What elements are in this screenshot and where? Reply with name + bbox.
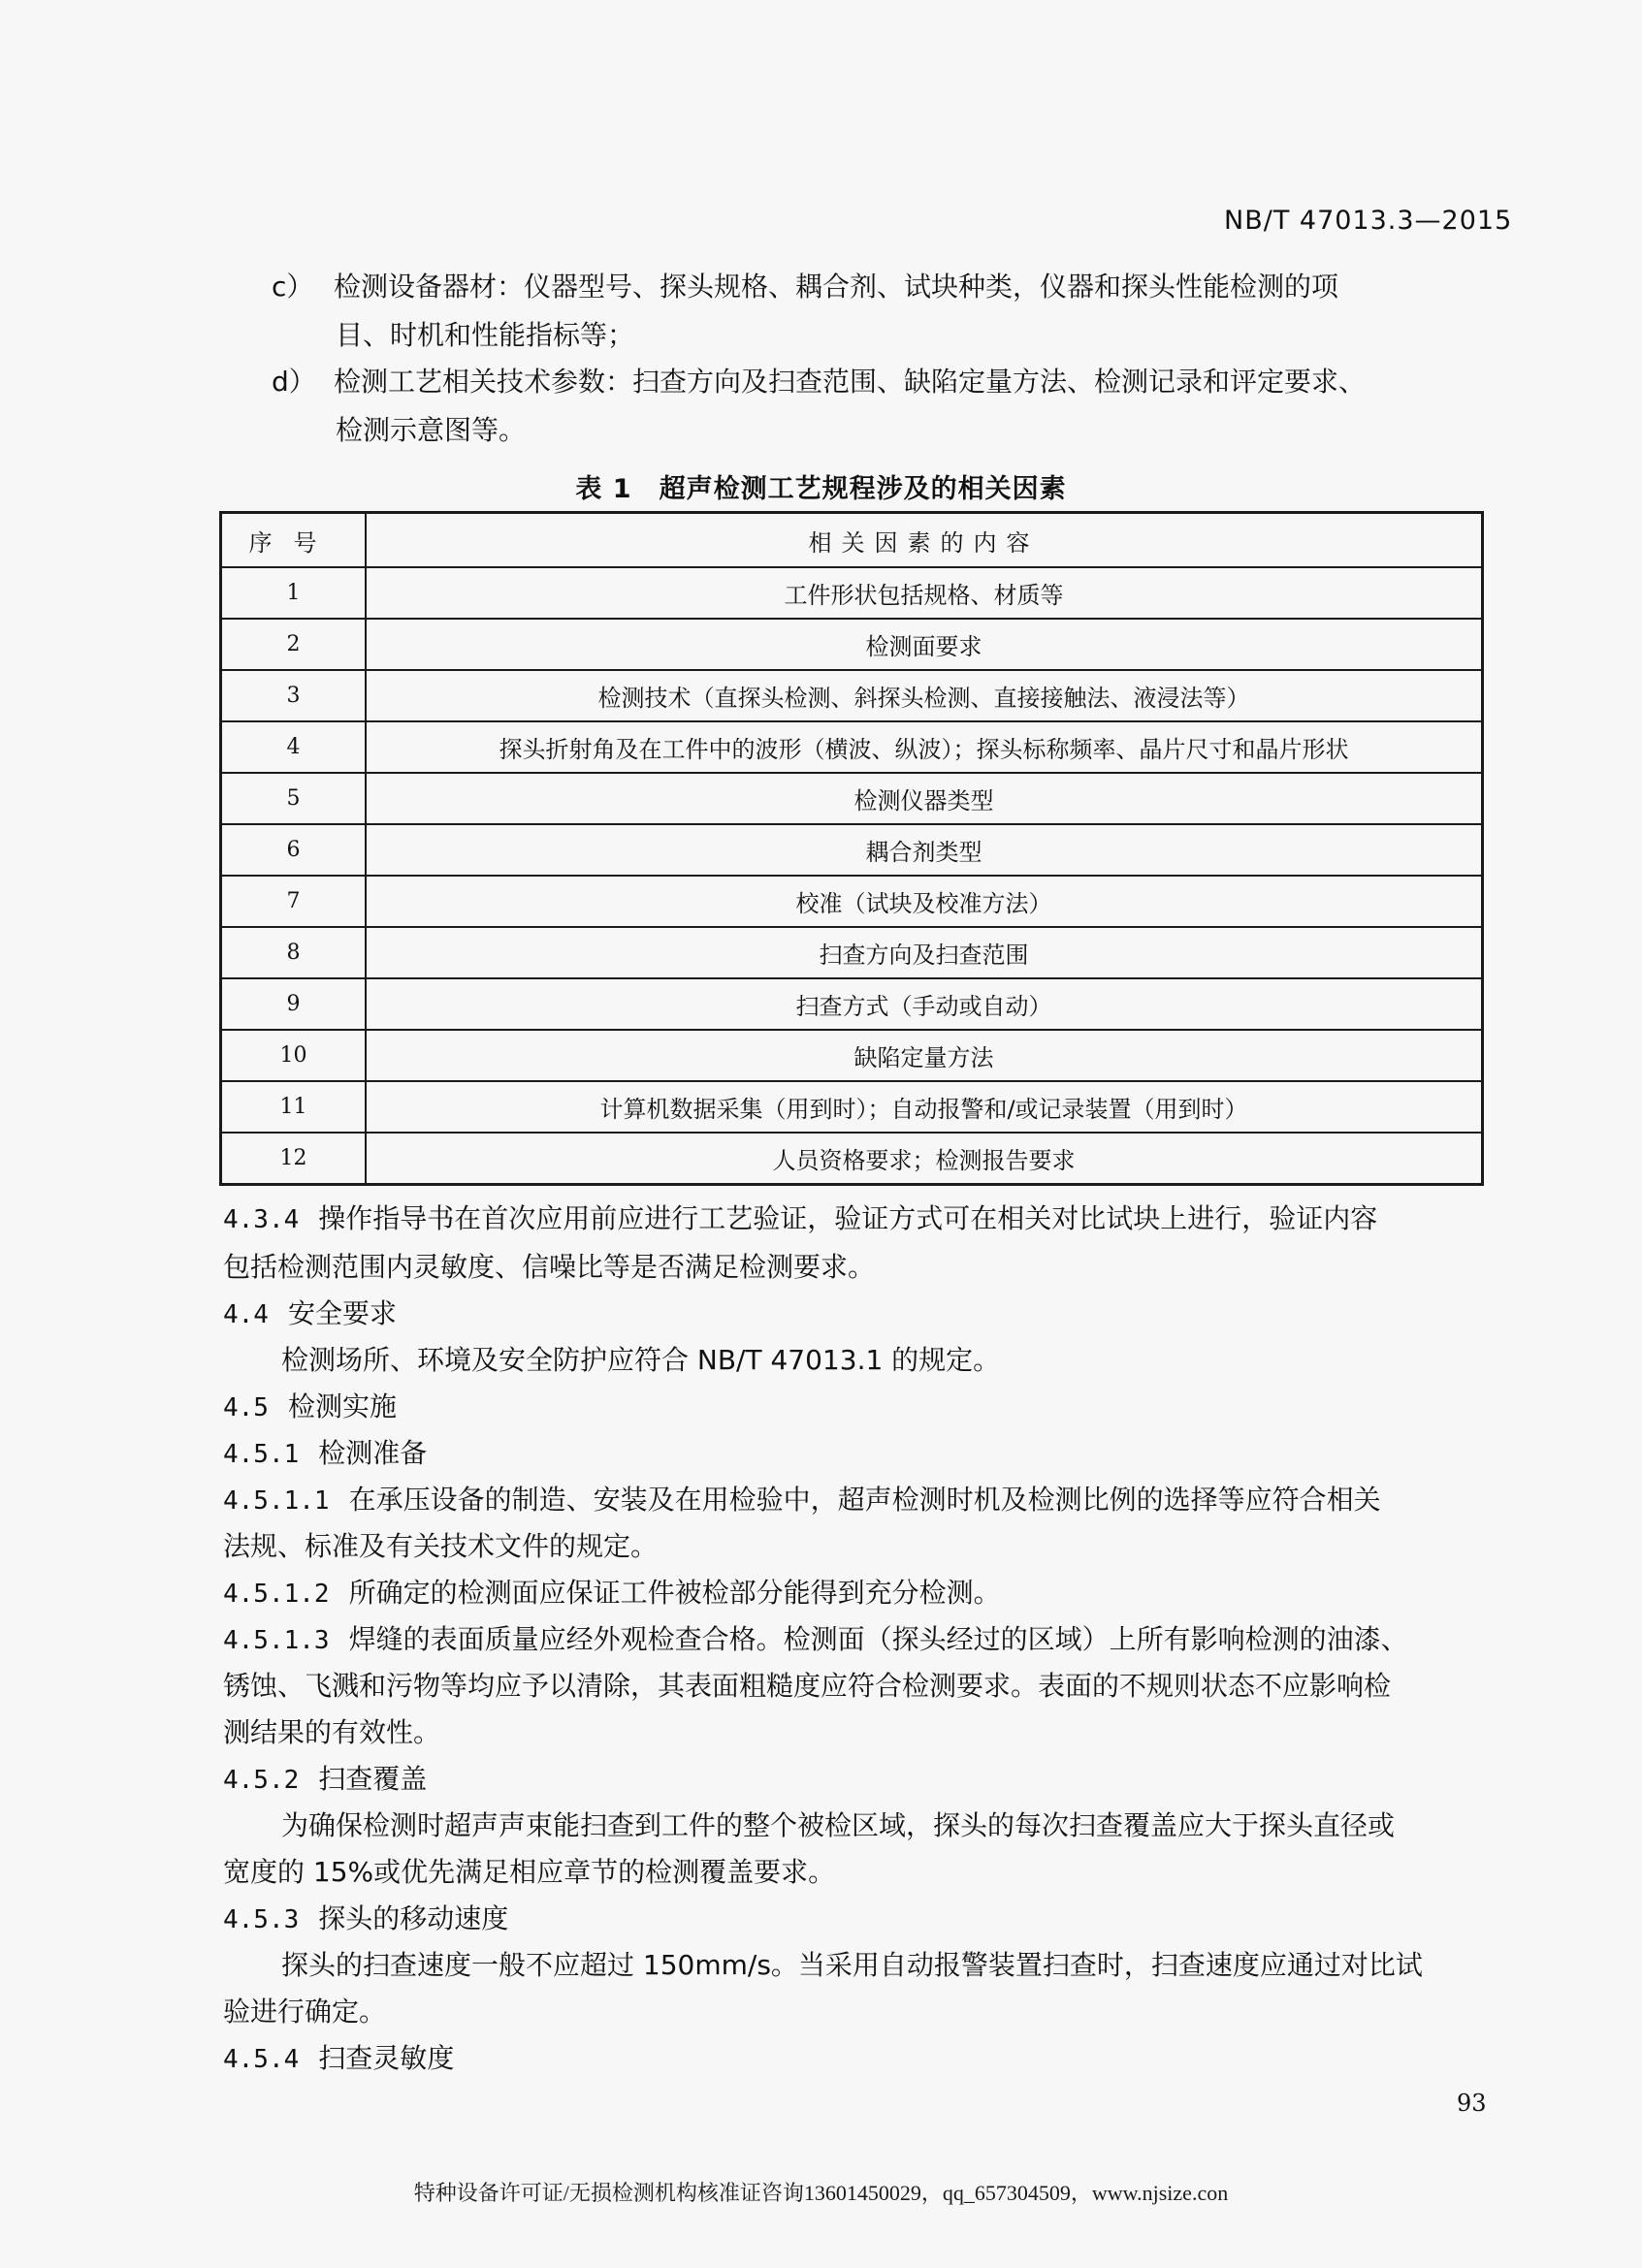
row-content: 计算机数据采集（用到时）；自动报警和/或记录装置（用到时） (366, 1081, 1483, 1133)
section-number: 4.5 (223, 1385, 269, 1431)
section-4-5-heading: 4.5检测实施 (223, 1384, 1484, 1431)
row-content: 扫查方式（手动或自动） (366, 978, 1483, 1030)
table-row: 2检测面要求 (221, 619, 1483, 670)
table-row: 4探头折射角及在工件中的波形（横波、纵波）；探头标称频率、晶片尺寸和晶片形状 (221, 721, 1483, 773)
row-number: 10 (221, 1030, 367, 1081)
table-row: 5检测仪器类型 (221, 773, 1483, 824)
clause-number: 4.3.4 (223, 1197, 299, 1243)
section-title: 检测实施 (288, 1390, 397, 1422)
clause-4-5-1-2: 4.5.1.2所确定的检测面应保证工件被检部分能得到充分检测。 (223, 1570, 1484, 1617)
clause-4-5-1-3-continuation-2: 测结果的有效性。 (223, 1709, 1484, 1756)
row-number: 11 (221, 1081, 367, 1133)
row-content: 扫查方向及扫查范围 (366, 927, 1483, 978)
row-content: 人员资格要求；检测报告要求 (366, 1133, 1483, 1184)
row-number: 1 (221, 567, 367, 619)
row-content: 探头折射角及在工件中的波形（横波、纵波）；探头标称频率、晶片尺寸和晶片形状 (366, 721, 1483, 773)
table-caption: 表 1超声检测工艺规程涉及的相关因素 (0, 467, 1642, 505)
table-row: 7校准（试块及校准方法） (221, 876, 1483, 927)
list-item-c-continuation: 目、时机和性能指标等； (336, 312, 634, 359)
clause-4-5-1-3-continuation: 锈蚀、飞溅和污物等均应予以清除，其表面粗糙度应符合检测要求。表面的不规则状态不应… (223, 1663, 1484, 1709)
table-row: 3检测技术（直探头检测、斜探头检测、直接接触法、液浸法等） (221, 670, 1483, 721)
header-content: 相关因素的内容 (366, 513, 1483, 568)
table-row: 9扫查方式（手动或自动） (221, 978, 1483, 1030)
row-number: 6 (221, 824, 367, 876)
row-content: 检测仪器类型 (366, 773, 1483, 824)
row-number: 2 (221, 619, 367, 670)
table-row: 11计算机数据采集（用到时）；自动报警和/或记录装置（用到时） (221, 1081, 1483, 1133)
section-4-5-3-heading: 4.5.3探头的移动速度 (223, 1896, 1484, 1943)
list-marker: d） (272, 359, 334, 405)
clause-4-3-4-continuation: 包括检测范围内灵敏度、信噪比等是否满足检测要求。 (223, 1244, 1484, 1291)
list-marker: c） (272, 264, 334, 310)
row-content: 校准（试块及校准方法） (366, 876, 1483, 927)
clause-text: 在承压设备的制造、安装及在用检验中，超声检测时机及检测比例的选择等应符合相关 (349, 1484, 1381, 1516)
row-content: 检测面要求 (366, 619, 1483, 670)
section-4-5-2-heading: 4.5.2扫查覆盖 (223, 1756, 1484, 1804)
list-item-c: c）检测设备器材：仪器型号、探头规格、耦合剂、试块种类，仪器和探头性能检测的项 (272, 264, 1338, 310)
row-number: 3 (221, 670, 367, 721)
section-number: 4.5.3 (223, 1897, 299, 1943)
footer-watermark: 特种设备许可证/无损检测机构核准证咨询13601450029，qq_657304… (0, 2177, 1642, 2207)
row-number: 5 (221, 773, 367, 824)
row-content: 工件形状包括规格、材质等 (366, 567, 1483, 619)
section-4-5-3-body: 探头的扫查速度一般不应超过 150mm/s。当采用自动报警装置扫查时，扫查速度应… (281, 1942, 1423, 1989)
section-title: 探头的移动速度 (318, 1902, 508, 1934)
section-4-5-4-heading: 4.5.4扫查灵敏度 (223, 2035, 1484, 2083)
row-content: 缺陷定量方法 (366, 1030, 1483, 1081)
section-number: 4.5.4 (223, 2036, 299, 2083)
page-number: 93 (1457, 2090, 1487, 2117)
row-content: 耦合剂类型 (366, 824, 1483, 876)
section-4-5-2-body: 为确保检测时超声声束能扫查到工件的整个被检区域，探头的每次扫查覆盖应大于探头直径… (281, 1803, 1395, 1849)
table-row: 8扫查方向及扫查范围 (221, 927, 1483, 978)
table-row: 10缺陷定量方法 (221, 1030, 1483, 1081)
row-number: 9 (221, 978, 367, 1030)
section-number: 4.4 (223, 1292, 269, 1338)
row-number: 7 (221, 876, 367, 927)
table-row: 12人员资格要求；检测报告要求 (221, 1133, 1483, 1184)
section-4-4-heading: 4.4安全要求 (223, 1291, 1484, 1338)
row-content: 检测技术（直探头检测、斜探头检测、直接接触法、液浸法等） (366, 670, 1483, 721)
list-item-text: 检测设备器材：仪器型号、探头规格、耦合剂、试块种类，仪器和探头性能检测的项 (334, 271, 1338, 303)
table-caption-title: 超声检测工艺规程涉及的相关因素 (660, 474, 1067, 504)
clause-text: 焊缝的表面质量应经外观检查合格。检测面（探头经过的区域）上所有影响检测的油漆、 (349, 1623, 1408, 1655)
section-title: 扫查灵敏度 (318, 2042, 454, 2074)
table-header-row: 序号 相关因素的内容 (221, 513, 1483, 568)
section-number: 4.5.1 (223, 1431, 299, 1478)
section-title: 安全要求 (288, 1297, 397, 1329)
row-number: 8 (221, 927, 367, 978)
section-4-4-body: 检测场所、环境及安全防护应符合 NB/T 47013.1 的规定。 (281, 1337, 1000, 1384)
table-row: 6耦合剂类型 (221, 824, 1483, 876)
section-4-5-1-heading: 4.5.1检测准备 (223, 1430, 1484, 1478)
section-title: 扫查覆盖 (318, 1763, 427, 1795)
table-row: 1工件形状包括规格、材质等 (221, 567, 1483, 619)
list-item-d-continuation: 检测示意图等。 (336, 407, 526, 454)
clause-4-3-4: 4.3.4操作指导书在首次应用前应进行工艺验证，验证方式可在相关对比试块上进行，… (223, 1196, 1484, 1243)
standard-code: NB/T 47013.3—2015 (1224, 206, 1512, 236)
header-seq: 序号 (221, 513, 367, 568)
clause-4-5-1-1: 4.5.1.1在承压设备的制造、安装及在用检验中，超声检测时机及检测比例的选择等… (223, 1477, 1484, 1524)
section-4-5-3-body-continuation: 验进行确定。 (223, 1989, 1484, 2035)
row-number: 4 (221, 721, 367, 773)
clause-number: 4.5.1.3 (223, 1617, 330, 1664)
section-4-5-2-body-continuation: 宽度的 15%或优先满足相应章节的检测覆盖要求。 (223, 1849, 1484, 1896)
clause-4-5-1-3: 4.5.1.3焊缝的表面质量应经外观检查合格。检测面（探头经过的区域）上所有影响… (223, 1616, 1484, 1664)
clause-number: 4.5.1.1 (223, 1478, 330, 1524)
clause-number: 4.5.1.2 (223, 1571, 330, 1617)
row-number: 12 (221, 1133, 367, 1184)
clause-4-5-1-1-continuation: 法规、标准及有关技术文件的规定。 (223, 1523, 1484, 1570)
clause-text: 所确定的检测面应保证工件被检部分能得到充分检测。 (349, 1577, 1001, 1609)
factors-table: 序号 相关因素的内容 1工件形状包括规格、材质等 2检测面要求 3检测技术（直探… (219, 511, 1484, 1186)
clause-text: 操作指导书在首次应用前应进行工艺验证，验证方式可在相关对比试块上进行，验证内容 (318, 1202, 1377, 1234)
section-number: 4.5.2 (223, 1757, 299, 1804)
section-title: 检测准备 (318, 1437, 427, 1469)
list-item-text: 检测工艺相关技术参数：扫查方向及扫查范围、缺陷定量方法、检测记录和评定要求、 (334, 366, 1366, 398)
table-caption-number: 表 1 (575, 474, 631, 504)
list-item-d: d）检测工艺相关技术参数：扫查方向及扫查范围、缺陷定量方法、检测记录和评定要求、 (272, 359, 1366, 405)
